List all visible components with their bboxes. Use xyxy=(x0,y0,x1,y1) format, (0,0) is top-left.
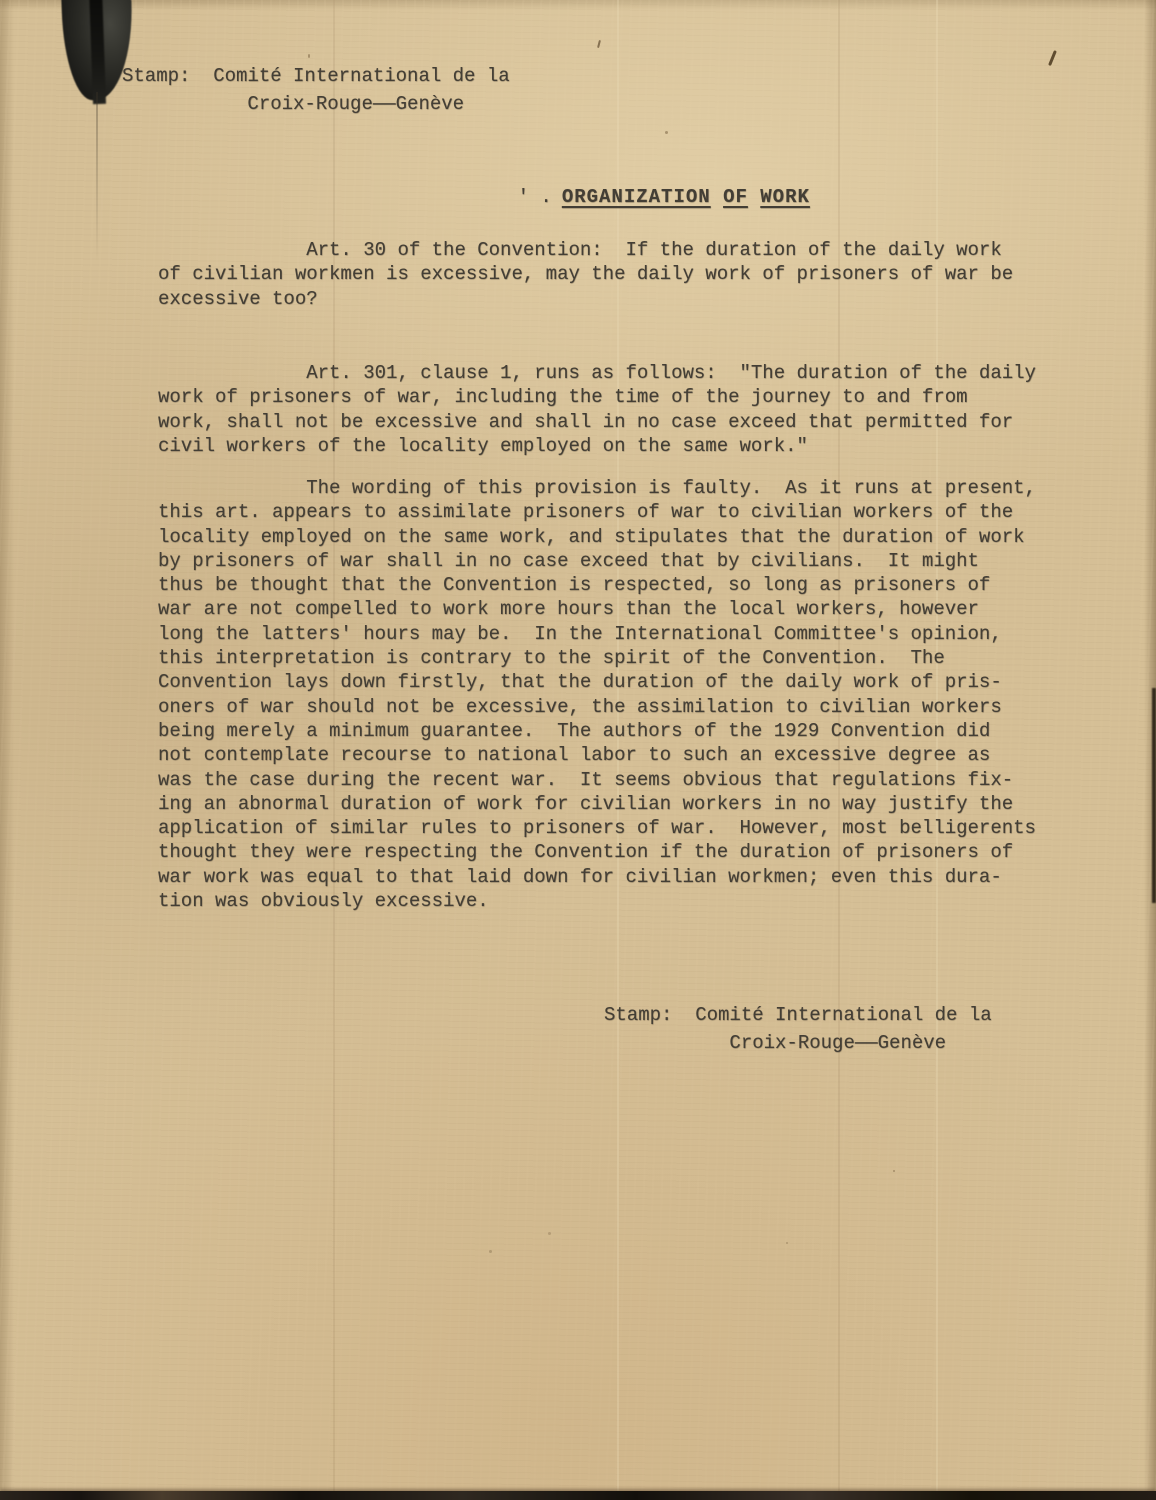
paragraph-2: Art. 301, clause 1, runs as follows: "Th… xyxy=(158,361,1036,458)
typed-line: locality employed on the same work, and … xyxy=(158,525,1036,549)
paragraph-3: The wording of this provision is faulty.… xyxy=(158,476,1036,913)
title-word: OF xyxy=(723,186,748,208)
title-stray-marks: ' . xyxy=(518,186,552,208)
typed-line: oners of war should not be excessive, th… xyxy=(158,695,1036,719)
paper-speck xyxy=(308,54,310,58)
typed-line: work of prisoners of war, including the … xyxy=(158,385,1036,409)
typed-line: Croix-Rouge——Genève xyxy=(122,90,510,118)
title-word: ORGANIZATION xyxy=(562,186,711,208)
typed-line: excessive too? xyxy=(158,287,1013,311)
accent-tick-mark xyxy=(597,40,601,48)
page-title: ' .ORGANIZATION OF WORK xyxy=(468,161,810,234)
typed-line: this interpretation is contrary to the s… xyxy=(158,646,1036,670)
typed-line: was the case during the recent war. It s… xyxy=(158,768,1036,792)
typed-line: ing an abnormal duration of work for civ… xyxy=(158,792,1036,816)
typed-line: not contemplate recourse to national lab… xyxy=(158,743,1036,767)
typed-line: by prisoners of war shall in no case exc… xyxy=(158,549,1036,573)
scan-right-edge-mark xyxy=(1152,688,1156,903)
typed-line: this art. appears to assimilate prisoner… xyxy=(158,500,1036,524)
paper-crease xyxy=(96,92,98,262)
pen-tick-mark xyxy=(1048,50,1056,66)
typed-line: war are not compelled to work more hours… xyxy=(158,597,1036,621)
typed-line: thus be thought that the Convention is r… xyxy=(158,573,1036,597)
top-stamp-note: Stamp: Comité International de la Croix-… xyxy=(122,62,510,118)
typed-line: application of similar rules to prisoner… xyxy=(158,816,1036,840)
bottom-stamp-note: Stamp: Comité International de la Croix-… xyxy=(604,1001,992,1057)
typed-line: civil workers of the locality employed o… xyxy=(158,434,1036,458)
typed-line: Stamp: Comité International de la xyxy=(604,1001,992,1029)
paper-speck xyxy=(665,131,668,134)
scan-bottom-edge xyxy=(0,1491,1156,1500)
typed-line: work, shall not be excessive and shall i… xyxy=(158,410,1036,434)
typed-line: being merely a minimum guarantee. The au… xyxy=(158,719,1036,743)
paper-speck xyxy=(548,1232,551,1235)
typed-line: thought they were respecting the Convent… xyxy=(158,840,1036,864)
typed-line: The wording of this provision is faulty.… xyxy=(158,476,1036,500)
typed-line: Art. 301, clause 1, runs as follows: "Th… xyxy=(158,361,1036,385)
typed-line: Croix-Rouge——Genève xyxy=(604,1029,992,1057)
typed-line: long the latters' hours may be. In the I… xyxy=(158,622,1036,646)
title-word: WORK xyxy=(760,186,810,208)
typed-line: tion was obviously excessive. xyxy=(158,889,1036,913)
document-page: Stamp: Comité International de la Croix-… xyxy=(0,0,1156,1500)
paper-speck xyxy=(489,1250,492,1253)
typed-line: Stamp: Comité International de la xyxy=(122,62,510,90)
typed-line: Convention lays down firstly, that the d… xyxy=(158,670,1036,694)
typed-line: Art. 30 of the Convention: If the durati… xyxy=(158,238,1013,262)
typed-line: war work was equal to that laid down for… xyxy=(158,865,1036,889)
paper-speck xyxy=(786,1242,788,1244)
typed-line: of civilian workmen is excessive, may th… xyxy=(158,262,1013,286)
paragraph-1: Art. 30 of the Convention: If the durati… xyxy=(158,238,1013,311)
blotch-crease-line xyxy=(89,0,106,105)
paper-speck xyxy=(893,1170,895,1172)
title-text: ORGANIZATION OF WORK xyxy=(562,186,810,208)
